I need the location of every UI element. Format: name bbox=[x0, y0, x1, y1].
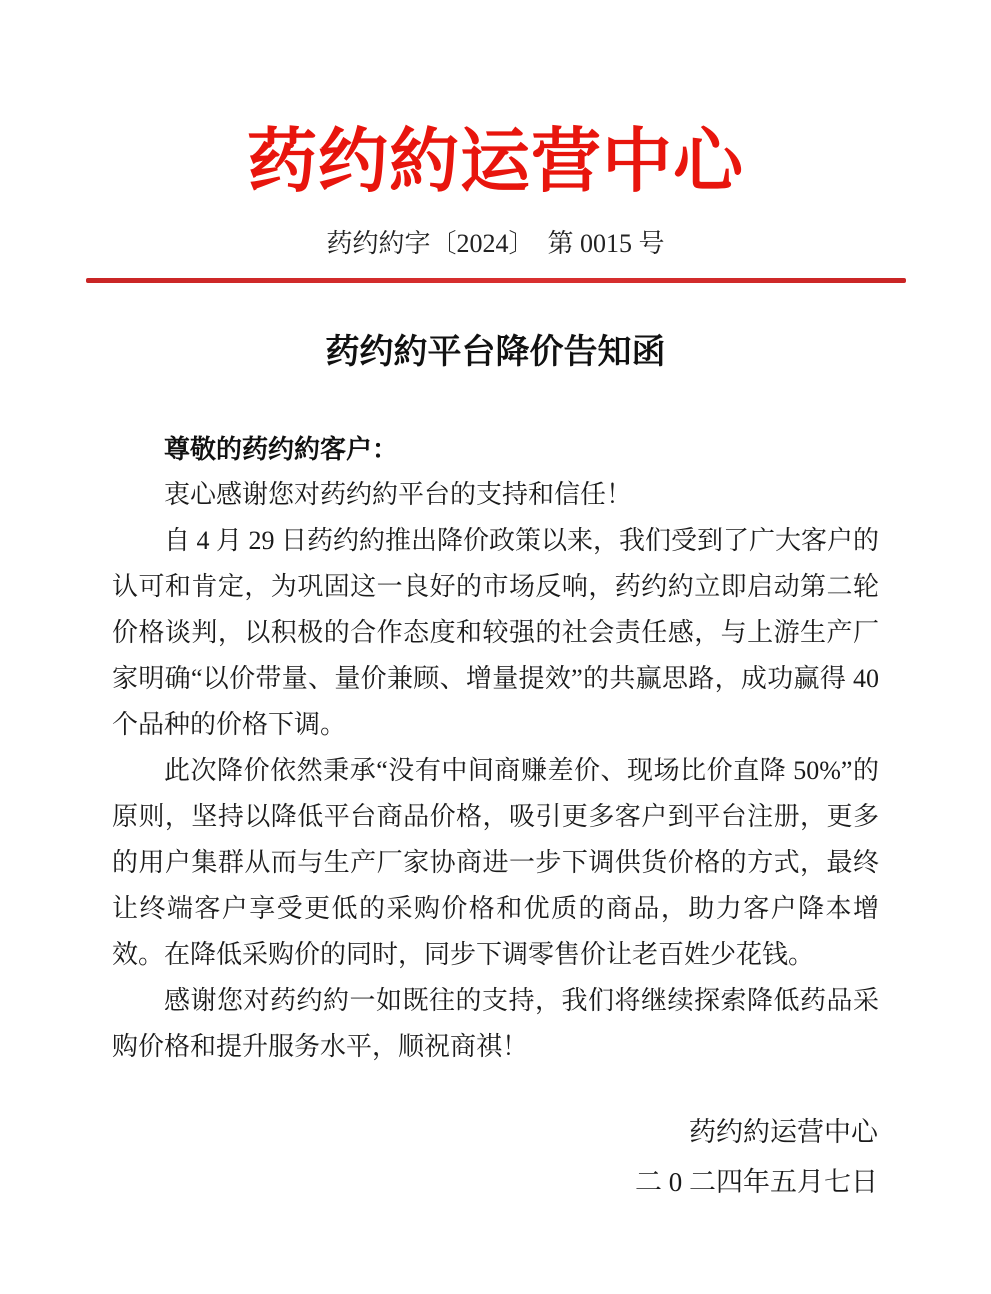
salutation: 尊敬的药约約客户： bbox=[112, 426, 879, 472]
paragraph-thanks: 衷心感谢您对药约約平台的支持和信任！ bbox=[112, 472, 879, 518]
signature-date: 二 0 二四年五月七日 bbox=[0, 1157, 878, 1207]
letter-title: 药约約平台降价告知函 bbox=[0, 330, 991, 374]
paragraph-price-principle: 此次降价依然秉承“没有中间商赚差价、现场比价直降 50%”的原则，坚持以降低平台… bbox=[112, 748, 879, 978]
letter-body: 尊敬的药约約客户： 衷心感谢您对药约約平台的支持和信任！ 自 4 月 29 日药… bbox=[112, 426, 879, 1070]
header-divider-line bbox=[86, 278, 906, 283]
signature-block: 药约約运营中心 二 0 二四年五月七日 bbox=[0, 1107, 991, 1207]
letter-content: 药约約平台降价告知函 尊敬的药约約客户： 衷心感谢您对药约約平台的支持和信任！ … bbox=[0, 330, 991, 1207]
document-page: 药约約运营中心 药约約字〔2024〕 第 0015 号 药约約平台降价告知函 尊… bbox=[0, 0, 991, 1294]
doc-number: 药约約字〔2024〕 第 0015 号 bbox=[0, 226, 991, 262]
signature-org: 药约約运营中心 bbox=[0, 1107, 878, 1157]
paragraph-closing-thanks: 感谢您对药约約一如既往的支持，我们将继续探索降低药品采购价格和提升服务水平，顺祝… bbox=[112, 978, 879, 1070]
paragraph-policy-background: 自 4 月 29 日药约約推出降价政策以来，我们受到了广大客户的认可和肯定，为巩… bbox=[112, 518, 879, 748]
letterhead: 药约約运营中心 药约約字〔2024〕 第 0015 号 bbox=[0, 0, 991, 283]
org-title: 药约約运营中心 bbox=[0, 0, 991, 196]
